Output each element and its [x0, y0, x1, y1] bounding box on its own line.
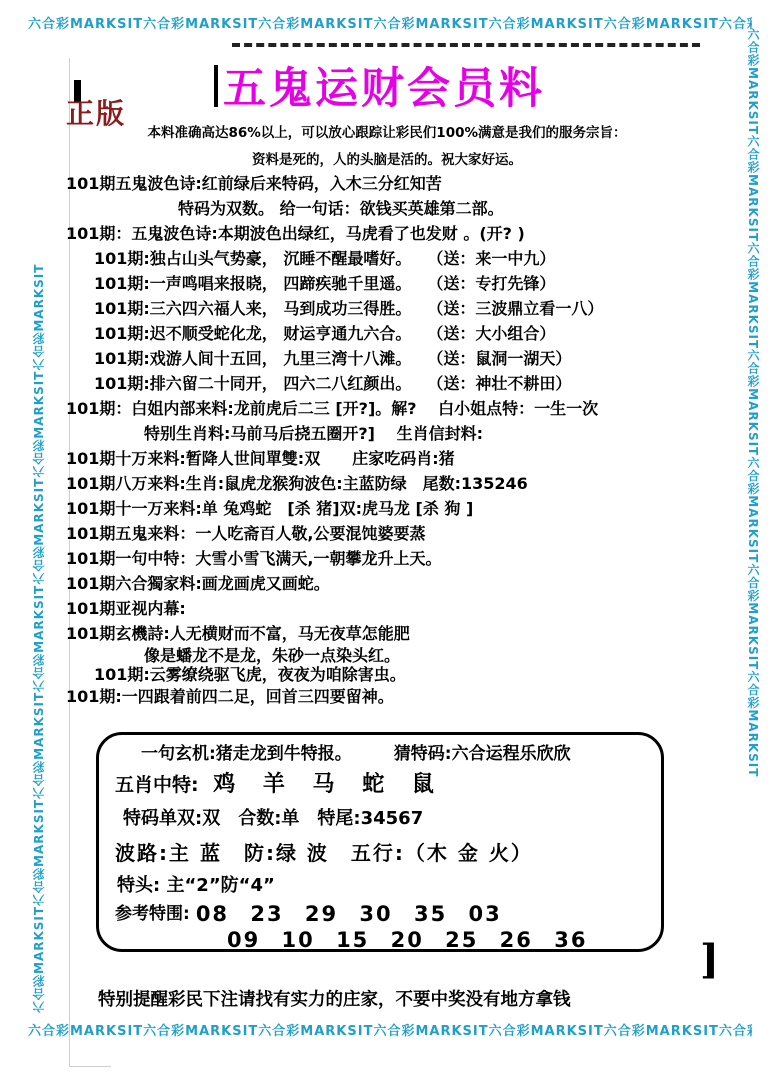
- five-zodiac-value: 鸡 羊 马 蛇 鼠: [213, 772, 444, 797]
- tip-line: 101期:迟不顺受蛇化龙， 财运亨通九六合。 （送：大小组合）: [94, 321, 738, 346]
- page-corner-bracket: ]: [700, 940, 719, 980]
- tip-line: 101期:云雾缭绕驱飞虎，夜夜为咱除害虫。: [94, 665, 738, 684]
- five-zodiac-label: 五肖中特:: [115, 774, 199, 796]
- tip-line: 101期:戏游人间十五回， 九里三湾十八滩。 （送：鼠洞一湖天）: [94, 346, 738, 371]
- head-row: 特头: 主“2”防“4”: [117, 870, 645, 901]
- border-text-bottom: 六合彩MARKSIT六合彩MARKSIT六合彩MARKSIT六合彩MARKSIT…: [28, 1022, 752, 1042]
- tip-line: 101期亚视内幕:: [66, 596, 738, 621]
- tip-line: 101期五鬼来料：一人吃斋百人敬,公要混饨婆要蒸: [66, 521, 738, 546]
- reference-numbers-2: 09 10 15 20 25 26 36: [227, 927, 645, 954]
- border-text-top: 六合彩MARKSIT六合彩MARKSIT六合彩MARKSIT六合彩MARKSIT…: [28, 15, 752, 35]
- odd-even-row: 特码单双:双 合数:单 特尾:34567: [123, 802, 645, 836]
- tip-line: 101期六合獨家料:画龙画虎又画蛇。: [66, 571, 738, 596]
- top-dashed-line: [232, 43, 700, 47]
- tips-list: 101期五鬼波色诗:红前绿后来特码，入木三分红知苦 特码为双数。 给一句话：欲钱…: [66, 171, 738, 709]
- motto-line: 资料是死的，人的头脑是活的。祝大家好运。: [0, 148, 774, 168]
- prediction-box: 一句玄机:猪走龙到牛特报。 猜特码:六合运程乐欣欣 五肖中特: 鸡 羊 马 蛇 …: [96, 732, 664, 952]
- tip-line: 101期:三六四六福人来， 马到成功三得胜。 （送：三波鼎立看一八）: [94, 296, 738, 321]
- tip-line: 101期：五鬼波色诗:本期波色出绿红，马虎看了也发财 。(开? ): [66, 221, 738, 246]
- mystery-phrase: 一句玄机:猪走龙到牛特报。: [141, 740, 352, 768]
- tip-line: 101期一句中特：大雪小雪飞满天,一朝攀龙升上天。: [66, 546, 738, 571]
- accuracy-claim: 本料准确高达86%以上，可以放心跟踪让彩民们100%满意是我们的服务宗旨：: [0, 121, 774, 141]
- footer-warning: 特别提醒彩民下注请找有实力的庄家，不要中奖没有地方拿钱: [98, 986, 571, 1011]
- tip-line: 101期玄機詩:人无横财而不富，马无夜草怎能肥: [66, 621, 738, 646]
- tip-line: 101期:排六留二十同开， 四六二八红颜出。 （送：神壮不耕田）: [94, 371, 738, 396]
- tip-line: 101期:独占山头气势豪， 沉睡不醒最嗜好。 （送：来一中九）: [94, 246, 738, 271]
- tip-line: 101期:一声鸣唱来报晓， 四蹄疾驰千里遥。 （送：专打先锋）: [94, 271, 738, 296]
- mystery-row: 一句玄机:猪走龙到牛特报。 猜特码:六合运程乐欣欣: [141, 740, 645, 768]
- tip-line: 101期十万来料:暂降人世间單雙:双 庄家吃码肖:猪: [66, 446, 738, 471]
- tip-line: 101期八万来料:生肖:鼠虎龙猴狗波色:主蓝防绿 尾数:135246: [66, 471, 738, 496]
- reference-label: 参考特围:: [115, 901, 190, 927]
- page-edge-tick: [69, 1066, 111, 1067]
- wave-row: 波路:主 蓝 防:绿 波 五行:（木 金 火）: [115, 836, 645, 870]
- reference-numbers-row: 参考特围: 08 23 29 30 35 03: [115, 901, 645, 927]
- leaflet-page: 六合彩MARKSIT六合彩MARKSIT六合彩MARKSIT六合彩MARKSIT…: [0, 0, 774, 1083]
- tip-line: 101期：白姐内部来料:龙前虎后二三 [开?]。解? 白小姐点特：一生一次: [66, 396, 738, 421]
- tip-line: 101期五鬼波色诗:红前绿后来特码，入木三分红知苦: [66, 171, 738, 196]
- page-title: 五鬼运财会员料: [223, 55, 545, 116]
- tip-line: 特码为双数。 给一句话：欲钱买英雄第二部。: [178, 196, 738, 221]
- tip-line: 像是蟠龙不是龙，朱砂一点染头红。: [144, 646, 738, 665]
- tip-line: 101期十一万来料:单 兔鸡蛇 [杀 猪]双:虎马龙 [杀 狗 ]: [66, 496, 738, 521]
- title-bar-mark: [214, 65, 218, 107]
- border-text-right: 六合彩MARKSIT六合彩MARKSIT六合彩MARKSIT六合彩MARKSIT…: [742, 28, 762, 1013]
- border-text-left: 六合彩MARKSIT六合彩MARKSIT六合彩MARKSIT六合彩MARKSIT…: [30, 28, 50, 1013]
- five-zodiac-row: 五肖中特: 鸡 羊 马 蛇 鼠: [115, 768, 645, 802]
- tip-line: 特别生肖料:马前马后挠五圈开?] 生肖信封料:: [144, 421, 738, 446]
- guess-special: 猜特码:六合运程乐欣欣: [394, 740, 571, 768]
- title-row: 五鬼运财会员料: [214, 55, 545, 116]
- reference-numbers-1: 08 23 29 30 35 03: [196, 901, 502, 927]
- tip-line: 101期:一四跟着前四二足，回首三四要留神。: [66, 684, 738, 709]
